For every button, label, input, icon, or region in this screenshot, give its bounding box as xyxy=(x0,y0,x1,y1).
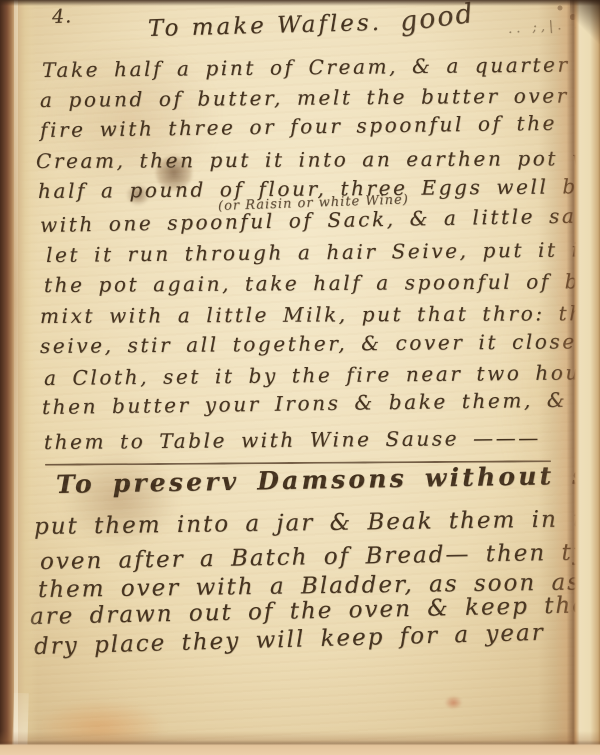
paper-stain xyxy=(445,696,462,709)
recipe2-title: To preserv Damsons without sugar xyxy=(56,459,600,499)
manuscript-line: the pot again, take half a spoonful of b… xyxy=(44,269,600,297)
recipe1-title: To make Wafles. xyxy=(148,10,383,42)
binding-highlight xyxy=(14,0,18,755)
manuscript-page-scan: 4. To make Wafles. good .. ;,|. . Take h… xyxy=(0,0,600,755)
manuscript-line: fire with three or four spoonful of the xyxy=(40,111,557,142)
manuscript-line: Take half a pint of Cream, & a quarter o… xyxy=(42,52,600,82)
book-binding-edge xyxy=(0,0,38,755)
manuscript-line: then butter your Irons & bake them, & se… xyxy=(42,387,600,419)
manuscript-line: with one spoonful of Sack, & a little sa… xyxy=(40,202,600,237)
manuscript-line: let it run through a hair Seive, put it … xyxy=(46,237,600,267)
page-edge-bottom xyxy=(0,731,600,755)
page-edge-right xyxy=(538,0,600,755)
page-edge-top xyxy=(0,0,600,6)
page-corner-shadow xyxy=(570,0,600,44)
manuscript-line: Cream, then put it into an earthen pot w… xyxy=(36,146,600,173)
manuscript-line: mixt with a little Milk, put that thro: … xyxy=(40,301,599,328)
manuscript-line: put them into a jar & Beak them in the xyxy=(34,506,600,540)
page-number: 4. xyxy=(52,5,73,28)
manuscript-line: seive, stir all together, & cover it clo… xyxy=(40,329,600,358)
manuscript-line: them to Table with Wine Sause ——— xyxy=(44,426,541,454)
manuscript-line: a Cloth, set it by the fire near two hou… xyxy=(44,360,600,390)
manuscript-line: a pound of butter, melt the butter over … xyxy=(40,83,600,112)
